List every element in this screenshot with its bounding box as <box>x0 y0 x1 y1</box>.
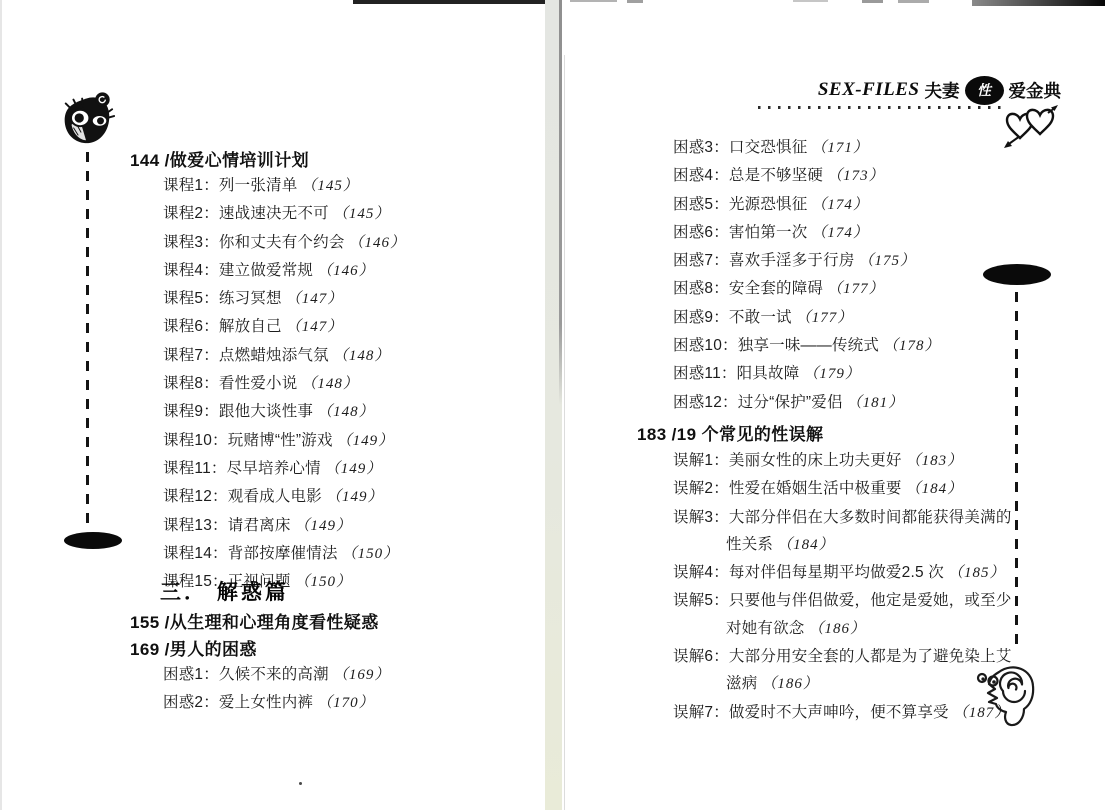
toc-item-course: 课程4：建立做爱常规（146） <box>163 257 543 285</box>
toc-item-text: 困惑9：不敢一试 <box>673 309 792 326</box>
toc-item-text: 误解1：美丽女性的床上功夫更好 <box>673 452 902 469</box>
toc-item-course: 课程7：点燃蜡烛添气氛（148） <box>163 342 543 370</box>
toc-item-course: 课程1：列一张清单（145） <box>163 172 543 200</box>
toc-item-text: 困惑5：光源恐惧征 <box>673 196 807 213</box>
toc-item-course: 课程3：你和丈夫有个约会（146） <box>163 229 543 257</box>
scan-artifact <box>898 0 929 3</box>
toc-item-text: 困惑6：害怕第一次 <box>673 224 807 241</box>
book-gutter-edge <box>559 0 562 405</box>
scan-artifact <box>862 0 883 3</box>
toc-item-page: （170） <box>317 695 375 711</box>
toc-item-course: 课程13：请君离床（149） <box>163 512 543 540</box>
toc-item-page: （150） <box>342 546 400 562</box>
toc-item-myth: 误解1：美丽女性的床上功夫更好（183） <box>673 447 1019 475</box>
toc-item-page: （178） <box>883 338 941 354</box>
toc-item-myth: 误解7：做爱时不大声呻吟，便不算享受（187） <box>673 699 1019 727</box>
toc-item-course: 课程10：玩赌博“性”游戏（149） <box>163 427 543 455</box>
toc-item-puzzle: 困惑8：安全套的障碍（177） <box>673 275 1033 303</box>
toc-item-page: （149） <box>325 461 383 477</box>
scan-speck <box>299 782 302 785</box>
toc-item-text: 课程3：你和丈夫有个约会 <box>163 234 345 251</box>
toc-item-page: （173） <box>827 168 885 184</box>
toc-item-text: 困惑7：喜欢手淫多于行房 <box>673 252 855 269</box>
toc-item-page: （184） <box>777 537 835 553</box>
toc-item-page: （149） <box>295 518 353 534</box>
toc-item-text: 课程8：看性爱小说 <box>163 375 297 392</box>
toc-item-text: 困惑12：过分“保护”爱侣 <box>673 394 843 411</box>
course-list: 课程1：列一张清单（145） 课程2：速战速决无不可（145） 课程3：你和丈夫… <box>163 172 543 596</box>
toc-item-page: （147） <box>286 319 344 335</box>
toc-item-text: 课程14：背部按摩催情法 <box>163 545 338 562</box>
toc-item-text: 课程13：请君离床 <box>163 517 291 534</box>
brand-cjk-2: 爱金典 <box>1009 78 1062 103</box>
toc-item-page: （149） <box>337 433 395 449</box>
toc-item-page: （146） <box>349 235 407 251</box>
toc-item-text: 误解4：每对伴侣每星期平均做爱2.5 次 <box>673 564 944 581</box>
toc-item-text: 困惑3：口交恐惧征 <box>673 139 807 156</box>
toc-item-page: （148） <box>333 348 391 364</box>
toc-item-text: 困惑11：阳具故障 <box>673 365 799 382</box>
toc-item-text: 困惑4：总是不够坚硬 <box>673 167 823 184</box>
toc-item-text: 误解3：大部分伴侣在大多数时间都能获得美满的性关系 <box>673 509 1012 553</box>
toc-item-myth: 误解3：大部分伴侣在大多数时间都能获得美满的性关系（184） <box>673 504 1019 560</box>
toc-item-myth: 误解2：性爱在婚姻生活中极重要（184） <box>673 475 1019 503</box>
myth-list: 误解1：美丽女性的床上功夫更好（183） 误解2：性爱在婚姻生活中极重要（184… <box>673 447 1019 727</box>
toc-item-puzzle: 困惑6：害怕第一次（174） <box>673 219 1033 247</box>
ink-blob-left <box>64 532 122 549</box>
toc-item-text: 误解7：做爱时不大声呻吟，便不算享受 <box>673 704 949 721</box>
toc-item-puzzle: 困惑9：不敢一试（177） <box>673 304 1033 332</box>
puzzle-list-left: 困惑1：久候不来的高潮（169） 困惑2：爱上女性内裤（170） <box>163 661 543 718</box>
toc-item-course: 课程2：速战速决无不可（145） <box>163 200 543 228</box>
toc-item-text: 课程6：解放自己 <box>163 318 282 335</box>
toc-heading-183: 183 /19 个常见的性误解 <box>637 420 823 445</box>
brand-cjk-1: 夫妻 <box>925 78 960 103</box>
margin-dashed-line-right <box>1015 292 1018 648</box>
toc-item-page: （175） <box>859 253 917 269</box>
toc-item-course: 课程9：跟他大谈性事（148） <box>163 398 543 426</box>
ink-blob-right <box>983 264 1051 285</box>
scan-artifact <box>570 0 617 2</box>
toc-heading-144: 144 /做爱心情培训计划 <box>130 146 309 171</box>
toc-item-page: （145） <box>301 178 359 194</box>
toc-item-course: 课程8：看性爱小说（148） <box>163 370 543 398</box>
toc-item-page: （179） <box>803 366 861 382</box>
running-head: SEX-FILES 夫妻 性 爱金典 <box>818 74 1061 106</box>
toc-item-course: 课程12：观看成人电影（149） <box>163 483 543 511</box>
toc-item-page: （184） <box>906 481 964 497</box>
dotted-rule <box>758 106 1005 109</box>
toc-item-puzzle: 困惑4：总是不够坚硬（173） <box>673 162 1033 190</box>
toc-item-puzzle: 困惑3：口交恐惧征（171） <box>673 134 1033 162</box>
toc-item-myth: 误解5：只要他与伴侣做爱，他定是爱她，或至少对她有欲念（186） <box>673 587 1019 643</box>
toc-item-text: 困惑8：安全套的障碍 <box>673 280 823 297</box>
toc-item-course: 课程14：背部按摩催情法（150） <box>163 540 543 568</box>
toc-item-myth: 误解6：大部分用安全套的人都是为了避免染上艾滋病（186） <box>673 643 1019 699</box>
face-doodle-icon <box>57 87 115 147</box>
toc-item-page: （186） <box>761 676 819 692</box>
toc-item-course: 课程6：解放自己（147） <box>163 313 543 341</box>
scan-artifact <box>627 0 643 3</box>
toc-item-page: （185） <box>948 565 1006 581</box>
scan-artifact <box>972 0 1105 6</box>
toc-item-page: （177） <box>796 310 854 326</box>
right-page-edge <box>564 55 565 810</box>
left-image-edge <box>0 0 2 810</box>
toc-item-page: （183） <box>906 453 964 469</box>
toc-item-text: 困惑2：爱上女性内裤 <box>163 694 313 711</box>
scanned-book-spread: 144 /做爱心情培训计划 课程1：列一张清单（145） 课程2：速战速决无不可… <box>0 0 1105 810</box>
toc-item-page: （177） <box>827 281 885 297</box>
toc-heading-169: 169 /男人的困惑 <box>130 635 257 660</box>
spiral-head-doodle-icon <box>973 660 1045 736</box>
toc-item-puzzle: 困惑5：光源恐惧征（174） <box>673 191 1033 219</box>
part-heading-3: 三． 解惑篇 <box>160 576 289 606</box>
toc-item-page: （148） <box>317 404 375 420</box>
scan-artifact <box>793 0 828 2</box>
toc-item-text: 课程1：列一张清单 <box>163 177 297 194</box>
toc-item-page: （146） <box>317 263 375 279</box>
toc-item-text: 课程9：跟他大谈性事 <box>163 403 313 420</box>
toc-item-myth: 误解4：每对伴侣每星期平均做爱2.5 次（185） <box>673 559 1019 587</box>
toc-item-text: 误解6：大部分用安全套的人都是为了避免染上艾滋病 <box>673 648 1012 692</box>
toc-item-course: 课程11：尽早培养心情（149） <box>163 455 543 483</box>
toc-item-page: （149） <box>326 489 384 505</box>
toc-item-text: 困惑10：独享一味——传统式 <box>673 337 879 354</box>
toc-item-page: （171） <box>811 140 869 156</box>
puzzle-list-right: 困惑3：口交恐惧征（171） 困惑4：总是不够坚硬（173） 困惑5：光源恐惧征… <box>673 134 1033 417</box>
toc-item-puzzle: 困惑1：久候不来的高潮（169） <box>163 661 543 689</box>
scan-artifact <box>353 0 545 4</box>
toc-item-puzzle: 困惑11：阳具故障（179） <box>673 360 1033 388</box>
toc-item-text: 课程4：建立做爱常规 <box>163 262 313 279</box>
margin-dashed-line-left <box>86 152 89 530</box>
toc-item-page: （174） <box>811 197 869 213</box>
toc-item-text: 课程7：点燃蜡烛添气氛 <box>163 347 329 364</box>
toc-item-text: 误解2：性爱在婚姻生活中极重要 <box>673 480 902 497</box>
toc-item-puzzle: 困惑10：独享一味——传统式（178） <box>673 332 1033 360</box>
toc-item-page: （148） <box>301 376 359 392</box>
toc-item-page: （145） <box>333 206 391 222</box>
toc-item-page: （174） <box>811 225 869 241</box>
toc-heading-155: 155 /从生理和心理角度看性疑惑 <box>130 608 379 633</box>
toc-item-page: （181） <box>847 395 905 411</box>
toc-item-puzzle: 困惑12：过分“保护”爱侣（181） <box>673 389 1033 417</box>
toc-item-text: 困惑1：久候不来的高潮 <box>163 666 329 683</box>
brand-latin: SEX-FILES <box>818 79 920 101</box>
brand-badge: 性 <box>965 76 1004 105</box>
toc-item-text: 课程5：练习冥想 <box>163 290 282 307</box>
toc-item-text: 课程11：尽早培养心情 <box>163 460 321 477</box>
toc-item-text: 课程12：观看成人电影 <box>163 488 322 505</box>
toc-item-text: 课程2：速战速决无不可 <box>163 205 329 222</box>
toc-item-page: （147） <box>286 291 344 307</box>
toc-item-course: 课程5：练习冥想（147） <box>163 285 543 313</box>
toc-item-page: （186） <box>809 621 867 637</box>
toc-item-puzzle: 困惑2：爱上女性内裤（170） <box>163 689 543 717</box>
toc-item-text: 课程10：玩赌博“性”游戏 <box>163 432 333 449</box>
toc-item-page: （150） <box>295 574 353 590</box>
toc-item-puzzle: 困惑7：喜欢手淫多于行房（175） <box>673 247 1033 275</box>
toc-item-page: （169） <box>333 667 391 683</box>
